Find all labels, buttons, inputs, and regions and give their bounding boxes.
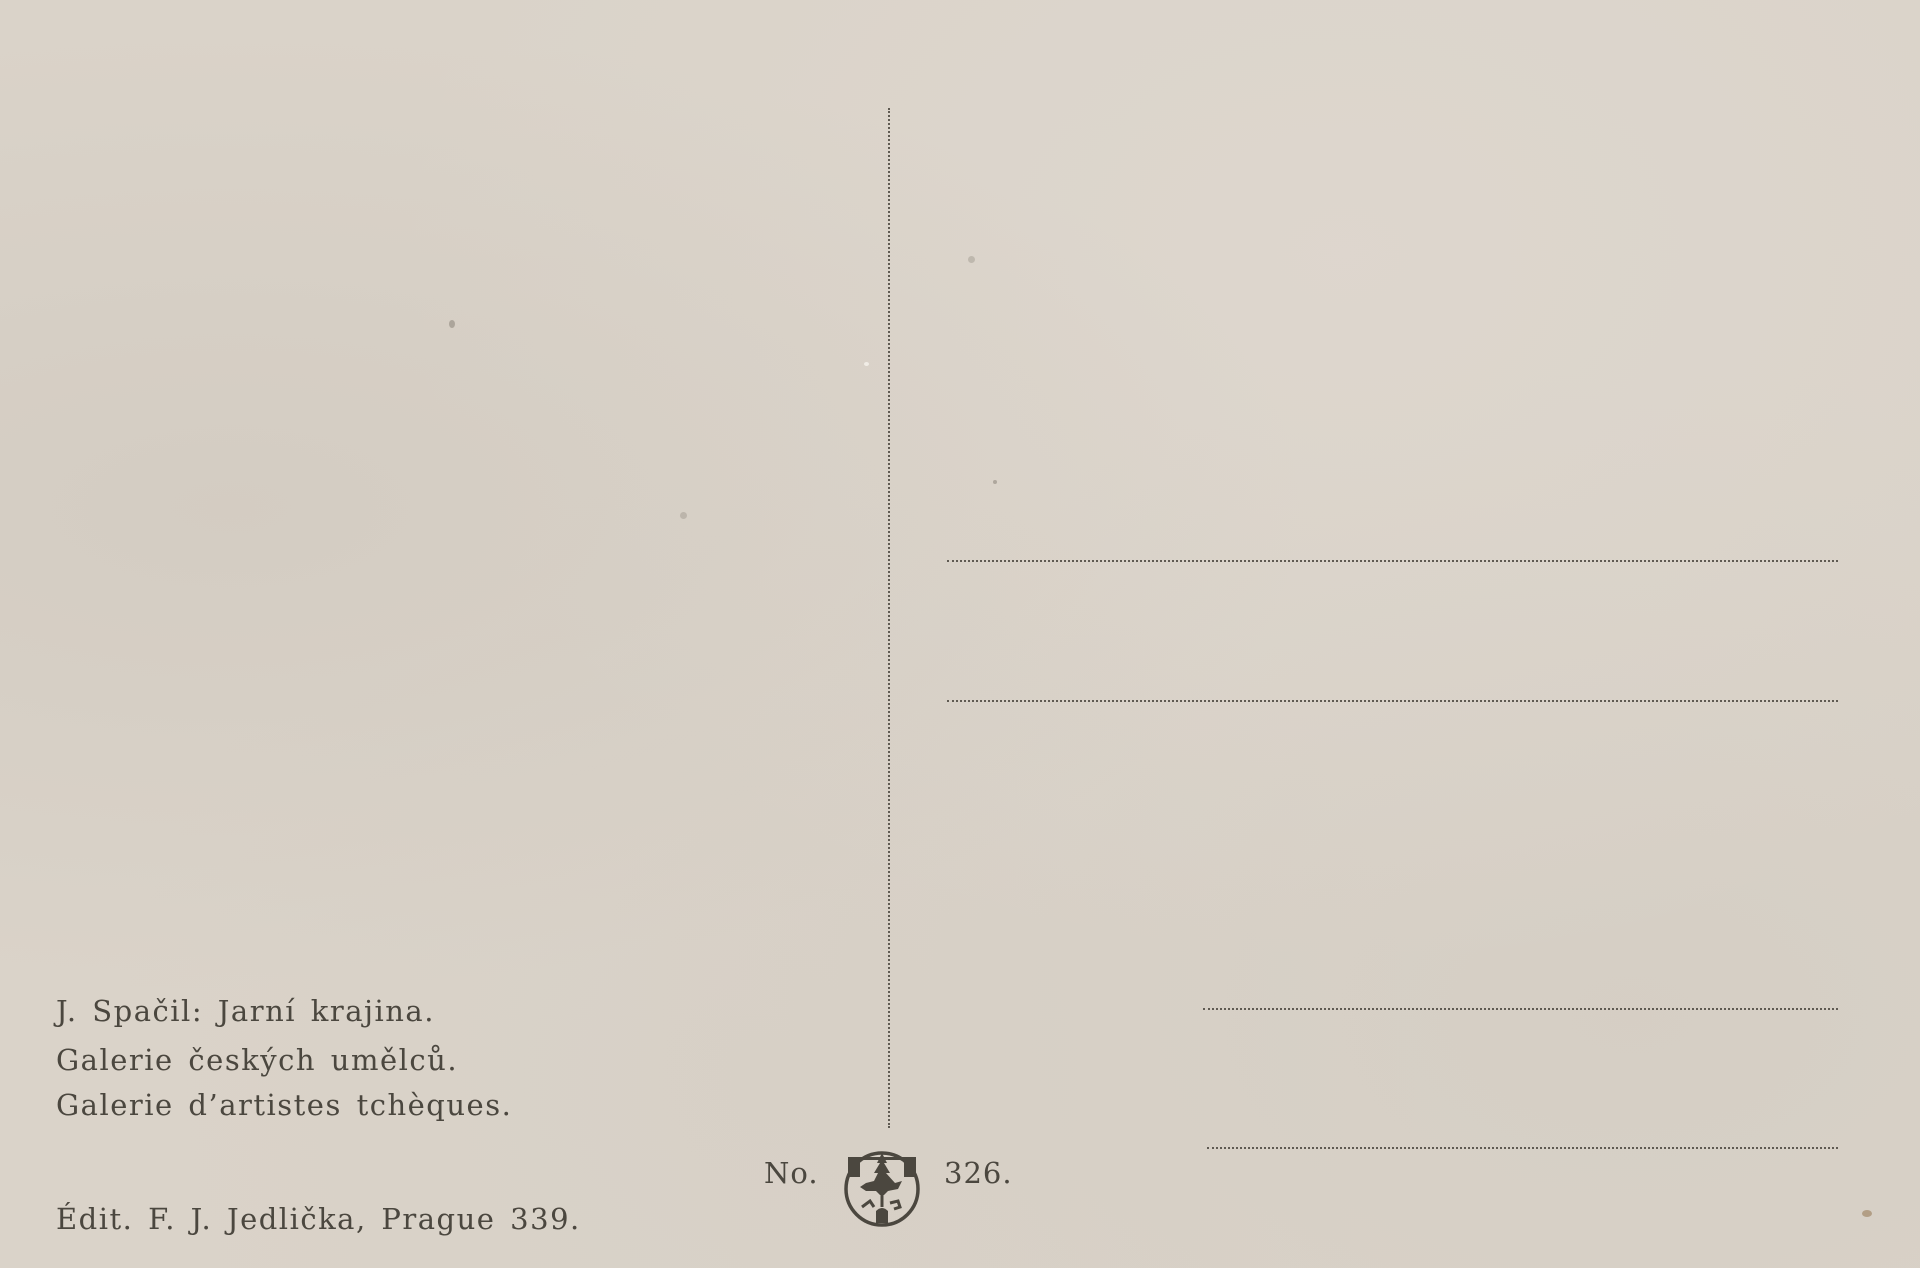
address-line-3 bbox=[1203, 1008, 1838, 1010]
address-line-4 bbox=[1207, 1147, 1838, 1149]
paper-speck bbox=[993, 480, 997, 484]
postcard-back: J. Spačil: Jarní krajina. Galerie českýc… bbox=[0, 0, 1920, 1268]
address-line-2 bbox=[947, 700, 1838, 702]
paper-speck bbox=[864, 362, 869, 366]
publisher-emblem-icon bbox=[840, 1145, 924, 1229]
paper-speck bbox=[1862, 1210, 1872, 1217]
serial-number: 326. bbox=[944, 1156, 1013, 1190]
vertical-divider bbox=[888, 108, 890, 1128]
serial-prefix: No. bbox=[764, 1156, 819, 1190]
artwork-title: J. Spačil: Jarní krajina. bbox=[56, 994, 435, 1028]
gallery-name-french: Galerie d’artistes tchèques. bbox=[56, 1088, 512, 1122]
address-line-1 bbox=[947, 560, 1838, 562]
paper-speck bbox=[449, 320, 455, 328]
publisher-line: Édit. F. J. Jedlička, Prague 339. bbox=[56, 1202, 581, 1236]
paper-speck bbox=[680, 512, 687, 519]
gallery-name-czech: Galerie českých umělců. bbox=[56, 1043, 458, 1077]
paper-speck bbox=[968, 256, 975, 263]
